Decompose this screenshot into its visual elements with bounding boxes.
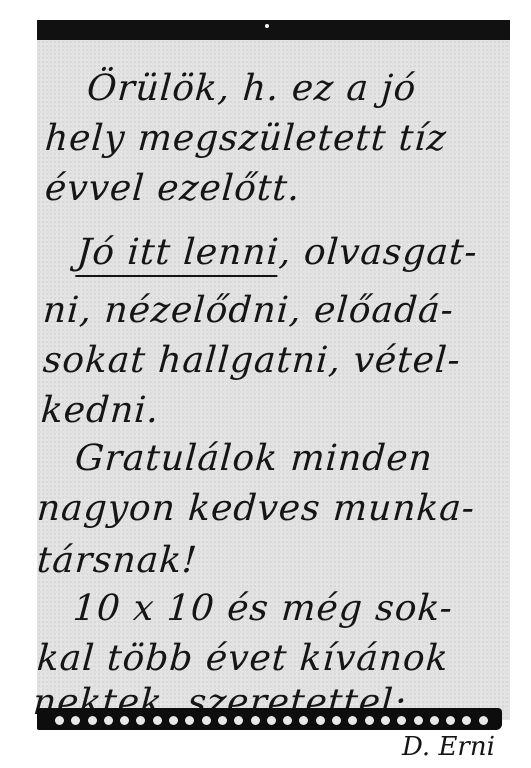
perforation-hole-icon <box>185 716 194 725</box>
text-line: Gratulálok minden <box>74 438 435 479</box>
text-line: Jó itt lenni, olvasgat- <box>76 232 480 273</box>
perforation-hole-icon <box>202 716 211 725</box>
perforation-hole-icon <box>332 716 341 725</box>
perforation-hole-icon <box>348 716 357 725</box>
perforation-hole-icon <box>479 716 488 725</box>
perforation-hole-icon <box>218 716 227 725</box>
underlined-phrase: Jó itt lenni <box>75 232 280 277</box>
perforation-hole-icon <box>446 716 455 725</box>
text-line: kal több évet kívánok <box>36 638 450 679</box>
perforation-hole-icon <box>136 716 145 725</box>
text-line: 10 x 10 és még sok- <box>72 588 455 629</box>
perforation-hole-icon <box>430 716 439 725</box>
perforation-hole-icon <box>381 716 390 725</box>
perforation-hole-icon <box>365 716 374 725</box>
perforation-hole-icon <box>251 716 260 725</box>
text-line: sokat hallgatni, vétel- <box>42 340 463 381</box>
perforation-hole-icon <box>414 716 423 725</box>
perforation-hole-icon <box>283 716 292 725</box>
perforation-hole-icon <box>71 716 80 725</box>
perforation-hole-icon <box>104 716 113 725</box>
perforation-hole-icon <box>169 716 178 725</box>
text-line: Örülök, h. ez a jó <box>86 68 418 109</box>
perforation-hole-icon <box>88 716 97 725</box>
signature: D. Erni <box>402 732 495 762</box>
perforation-hole-icon <box>120 716 129 725</box>
note-paper: Örülök, h. ez a jó hely megszületett tíz… <box>37 20 510 720</box>
perforation-hole-icon <box>299 716 308 725</box>
text-line: évvel ezelőtt. <box>44 168 302 209</box>
text-line: hely megszületett tíz <box>44 118 449 159</box>
perforation-hole-icon <box>397 716 406 725</box>
perforation-hole-icon <box>267 716 276 725</box>
bottom-perforated-binding <box>37 708 502 730</box>
text-line: nagyon kedves munka- <box>36 488 477 529</box>
perforation-hole-icon <box>234 716 243 725</box>
handwritten-text: Örülök, h. ez a jó hely megszületett tíz… <box>37 20 510 720</box>
perforation-hole-icon <box>153 716 162 725</box>
text-line-rest: , olvasgat- <box>278 232 479 273</box>
perforation-hole-icon <box>55 716 64 725</box>
perforation-hole-icon <box>462 716 471 725</box>
text-line: kedni. <box>40 390 161 431</box>
text-line: ni, nézelődni, előadá- <box>42 290 456 331</box>
text-line: társnak! <box>36 540 199 581</box>
perforation-hole-icon <box>316 716 325 725</box>
